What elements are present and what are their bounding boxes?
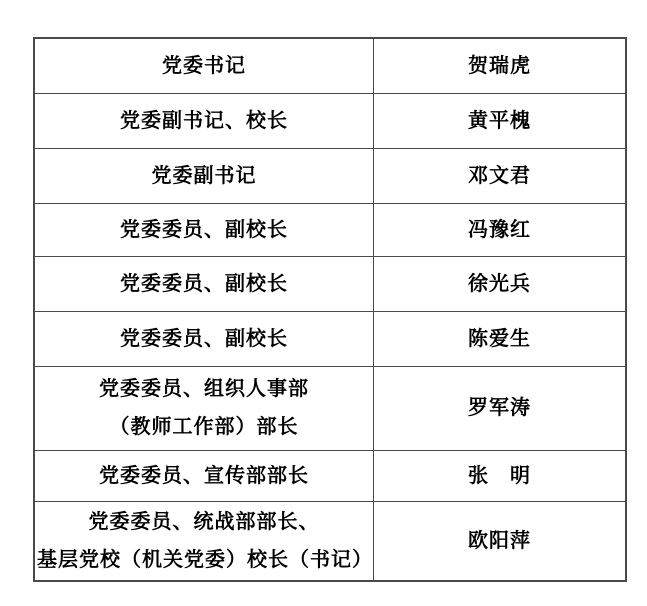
leadership-roster-table-container: 党委书记 贺瑞虎 党委副书记、校长 黄平槐 党委副书记 邓文君 党委委员、副校长… xyxy=(33,37,627,582)
table-row: 党委委员、副校长 陈爱生 xyxy=(34,311,626,366)
table-row: 党委委员、宣传部部长 张 明 xyxy=(34,450,626,501)
name-cell: 欧阳萍 xyxy=(374,501,627,581)
position-cell: 党委书记 xyxy=(34,38,374,93)
table-row: 党委委员、组织人事部 （教师工作部）部长 罗军涛 xyxy=(34,366,626,450)
table-row: 党委副书记、校长 黄平槐 xyxy=(34,93,626,148)
table-row: 党委委员、统战部部长、 基层党校（机关党委）校长（书记） 欧阳萍 xyxy=(34,501,626,581)
position-cell: 党委委员、统战部部长、 基层党校（机关党委）校长（书记） xyxy=(34,501,374,581)
position-cell: 党委委员、副校长 xyxy=(34,311,374,366)
name-cell: 黄平槐 xyxy=(374,93,627,148)
table-row: 党委书记 贺瑞虎 xyxy=(34,38,626,93)
table-row: 党委委员、副校长 冯豫红 xyxy=(34,203,626,256)
name-cell: 冯豫红 xyxy=(374,203,627,256)
name-cell: 罗军涛 xyxy=(374,366,627,450)
table-row: 党委副书记 邓文君 xyxy=(34,148,626,203)
position-cell: 党委委员、副校长 xyxy=(34,203,374,256)
leadership-roster-table: 党委书记 贺瑞虎 党委副书记、校长 黄平槐 党委副书记 邓文君 党委委员、副校长… xyxy=(33,37,627,582)
position-cell: 党委委员、副校长 xyxy=(34,256,374,311)
table-row: 党委委员、副校长 徐光兵 xyxy=(34,256,626,311)
name-cell: 贺瑞虎 xyxy=(374,38,627,93)
position-cell: 党委副书记 xyxy=(34,148,374,203)
name-cell: 张 明 xyxy=(374,450,627,501)
position-cell: 党委委员、宣传部部长 xyxy=(34,450,374,501)
name-cell: 陈爱生 xyxy=(374,311,627,366)
name-cell: 邓文君 xyxy=(374,148,627,203)
name-cell: 徐光兵 xyxy=(374,256,627,311)
position-cell: 党委委员、组织人事部 （教师工作部）部长 xyxy=(34,366,374,450)
position-cell: 党委副书记、校长 xyxy=(34,93,374,148)
page: { "page": { "background_color": "#ffffff… xyxy=(0,0,647,606)
